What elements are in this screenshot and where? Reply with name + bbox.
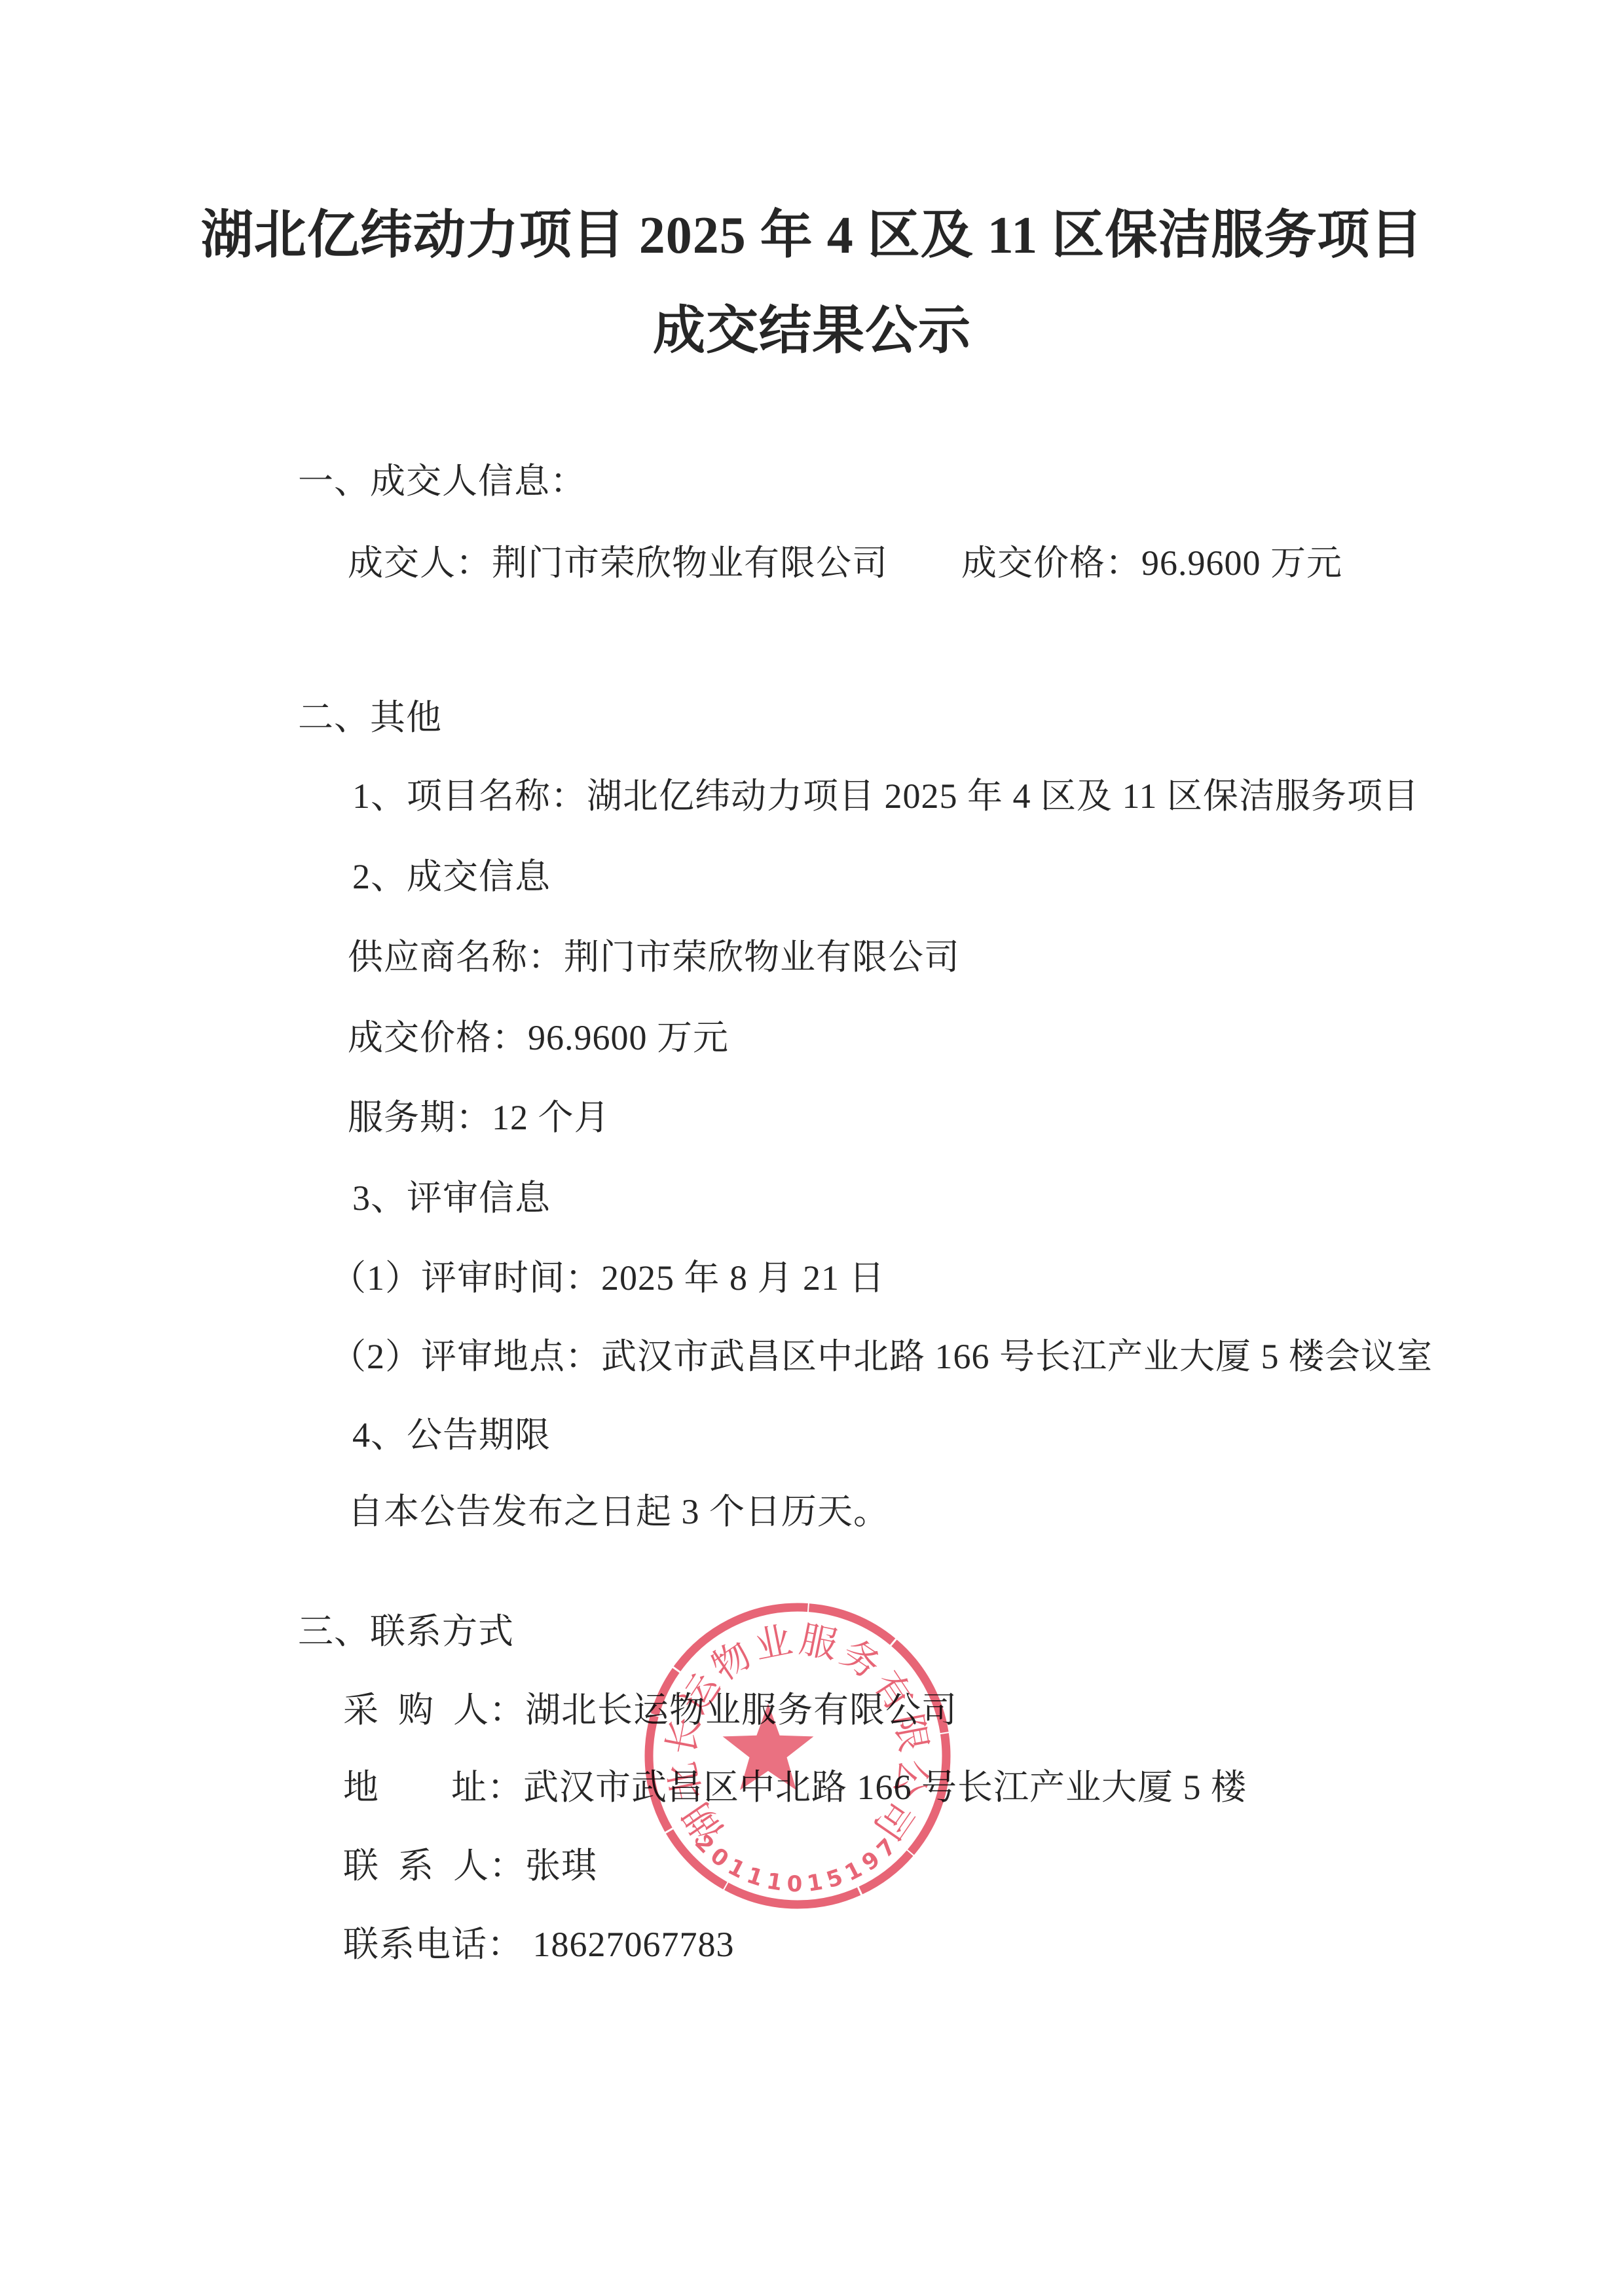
review-place-line: （2）评审地点：武汉市武昌区中北路 166 号长江产业大厦 5 楼会议室: [331, 1335, 1433, 1378]
document-title-line2: 成交结果公示: [0, 301, 1624, 361]
deal-info-subheading: 2、成交信息: [352, 855, 551, 898]
winner-name: 成交人：荆门市荣欣物业有限公司: [348, 543, 888, 583]
service-period-line: 服务期：12 个月: [348, 1096, 610, 1139]
company-seal-stamp: 湖北长运物业服务有限公司 4201110151976: [637, 1595, 958, 1916]
winner-line: 成交人：荆门市荣欣物业有限公司成交价格：96.9600 万元: [348, 541, 1342, 585]
section3-heading: 三、联系方式: [298, 1610, 514, 1653]
section1-heading: 一、成交人信息：: [298, 460, 586, 503]
document-page: 湖北亿纬动力项目 2025 年 4 区及 11 区保洁服务项目 成交结果公示 一…: [0, 0, 1624, 2296]
star-icon: [723, 1704, 814, 1790]
section2-heading: 二、其他: [298, 696, 442, 739]
supplier-line: 供应商名称：荆门市荣欣物业有限公司: [348, 936, 960, 979]
seal-company-name: 湖北长运物业服务有限公司: [661, 1619, 934, 1850]
notice-period-line: 自本公告发布之日起 3 个日历天。: [348, 1490, 889, 1533]
review-info-subheading: 3、评审信息: [352, 1176, 551, 1220]
review-time-line: （1）评审时间：2025 年 8 月 21 日: [331, 1256, 885, 1300]
winner-price: 成交价格：96.9600 万元: [961, 543, 1342, 583]
deal-price-line: 成交价格：96.9600 万元: [348, 1016, 729, 1059]
notice-period-subheading: 4、公告期限: [352, 1413, 551, 1457]
document-title-line1: 湖北亿纬动力项目 2025 年 4 区及 11 区保洁服务项目: [0, 206, 1624, 266]
phone-line: 联系电话： 18627067783: [343, 1923, 735, 1966]
seal-company-name-text: 湖北长运物业服务有限公司: [661, 1619, 934, 1850]
project-name-line: 1、项目名称：湖北亿纬动力项目 2025 年 4 区及 11 区保洁服务项目: [352, 774, 1419, 818]
contact-person-line: 联 系 人：张琪: [343, 1844, 597, 1887]
